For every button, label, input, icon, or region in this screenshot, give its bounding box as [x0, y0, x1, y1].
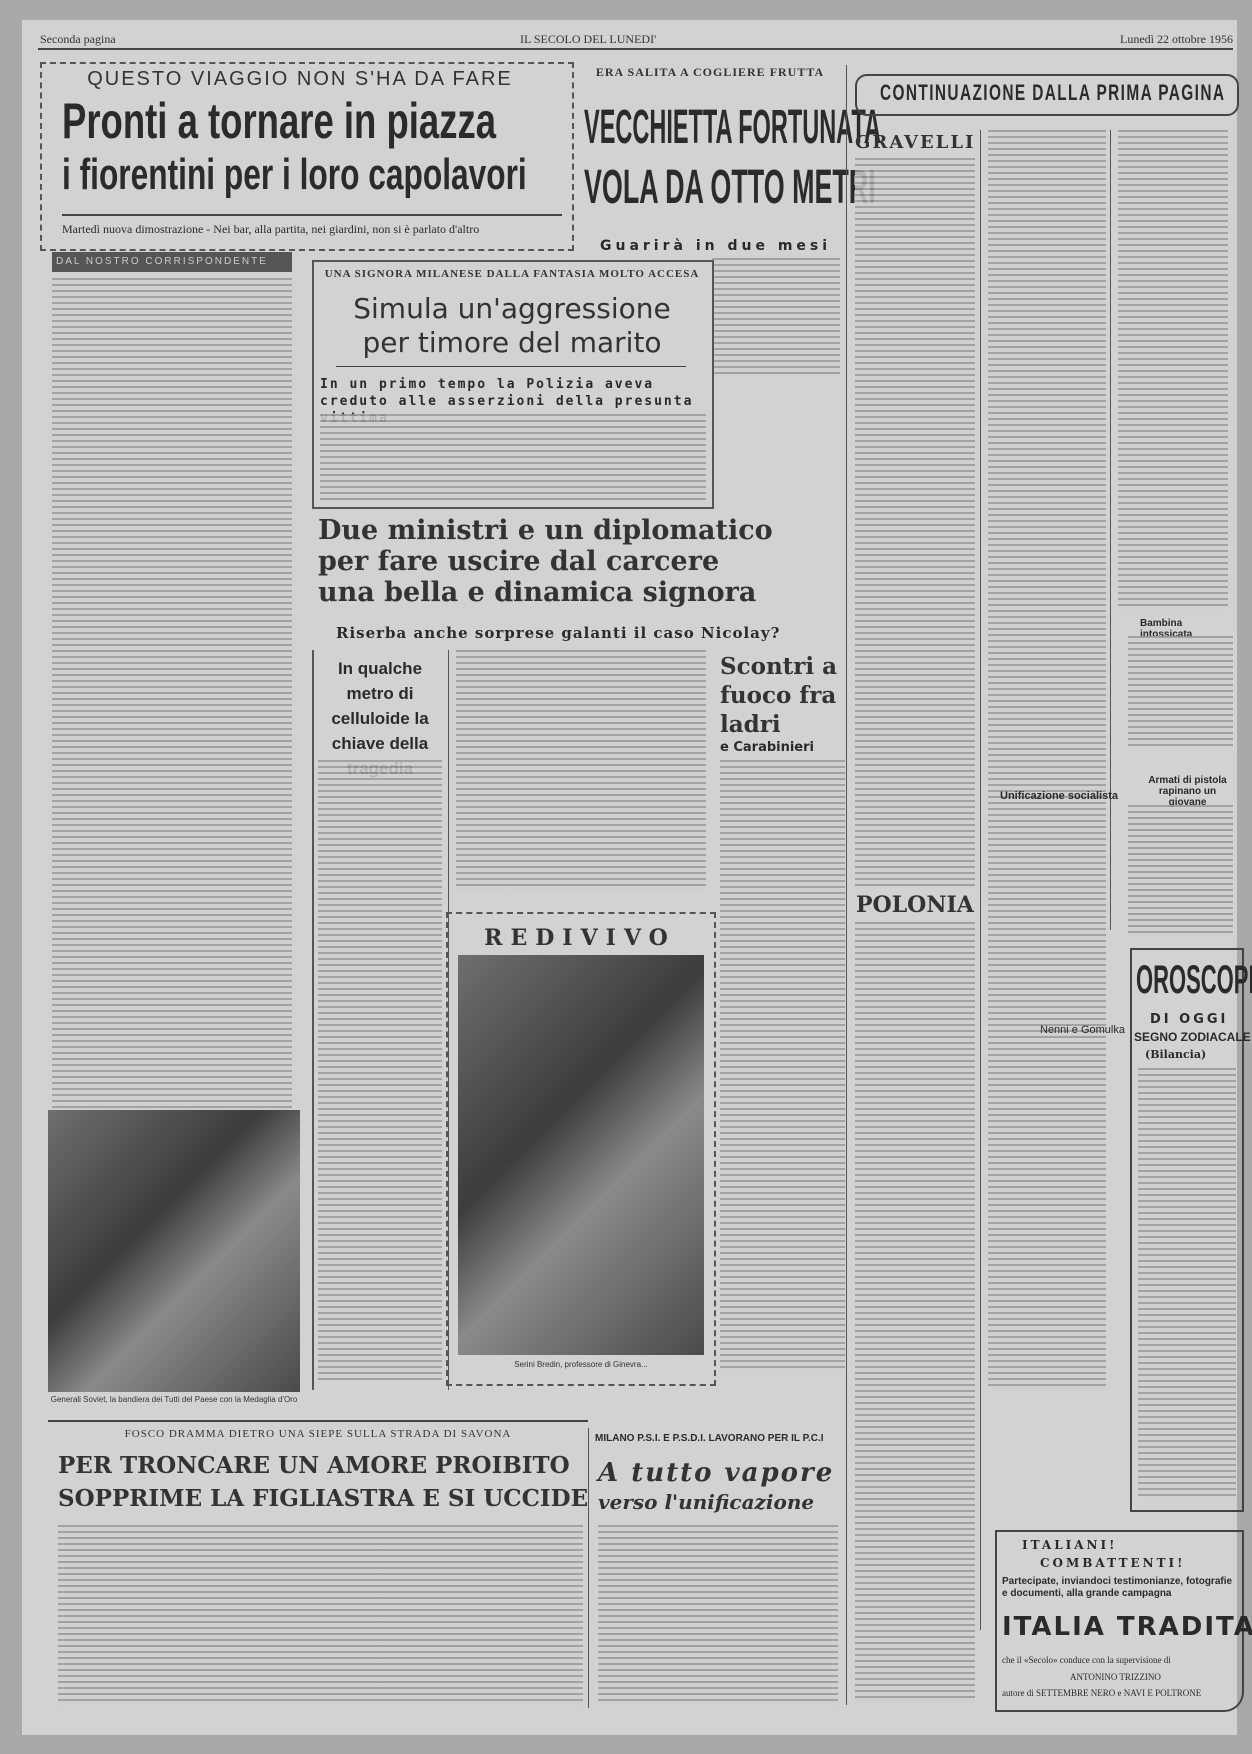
- vapore-headline-2: verso l'unificazione: [598, 1490, 814, 1514]
- ad-author-note: autore di SETTEMBRE NERO e NAVI E POLTRO…: [1002, 1688, 1201, 1698]
- vecchietta-kicker: ERA SALITA A COGLIERE FRUTTA: [580, 65, 840, 80]
- simula-headline-1: Simula un'aggressione: [316, 292, 708, 326]
- savona-kicker: FOSCO DRAMMA DIETRO UNA SIEPE SULLA STRA…: [48, 1428, 588, 1440]
- horoscope-sub-1: DI OGGI: [1150, 1012, 1228, 1027]
- vecchietta-deck: Guarirà in due mesi: [600, 238, 831, 254]
- nicolay-headline-3: una bella e dinamica signora: [318, 577, 838, 608]
- column-3-body-text: [1118, 130, 1228, 610]
- horoscope-title: OROSCOPI: [1136, 958, 1252, 1003]
- redivivo-photo: [458, 955, 704, 1355]
- redivivo-caption: Serini Bredin, professore di Ginevra...: [458, 1360, 704, 1369]
- ad-body: Partecipate, inviandoci testimonianze, f…: [1002, 1576, 1237, 1600]
- scontri-sub: e Carabinieri: [720, 740, 814, 755]
- subhead-unificazione: Unificazione socialista: [1000, 790, 1118, 802]
- running-head-right: Lunedì 22 ottobre 1956: [1120, 32, 1233, 47]
- vecchietta-body-text: [712, 258, 840, 376]
- savona-body-text: [58, 1525, 583, 1705]
- redivivo-headline: REDIVIVO: [446, 925, 714, 951]
- gravelli-body-text: [855, 158, 975, 888]
- polonia-body-text: [855, 922, 975, 1702]
- nicolay-body-text: [456, 650, 706, 890]
- florence-kicker: QUESTO VIAGGIO NON S'HA DA FARE: [50, 68, 550, 91]
- bambina-body-text: [1128, 636, 1233, 746]
- ad-author: ANTONINO TRIZZINO: [1070, 1672, 1161, 1682]
- header-rule: [38, 48, 1233, 50]
- savona-headline-2: SOPPRIME LA FIGLIASTRA E SI UCCIDE: [58, 1485, 588, 1512]
- vecchietta-headline-1: VECCHIETTA FORTUNATA: [584, 100, 881, 155]
- running-head-center: IL SECOLO DEL LUNEDI': [520, 32, 656, 47]
- left-photo-caption: Generali Soviet, la bandiera dei Tutti d…: [48, 1395, 300, 1404]
- horoscope-body-text: [1138, 1068, 1236, 1498]
- section-gravelli: GRAVELLI: [855, 132, 975, 153]
- ad-line-1: ITALIANI!: [1022, 1538, 1117, 1552]
- nicolay-deck: Riserba anche sorprese galanti il caso N…: [336, 624, 780, 642]
- subhead-nenni-gomulka: Nenni e Gomulka: [1040, 1024, 1125, 1036]
- armati-body-text: [1128, 805, 1233, 935]
- ad-title: ITALIA TRADITA: [1002, 1612, 1252, 1642]
- subhead-armati: Armati di pistola rapinano un giovane: [1140, 775, 1235, 808]
- celluloide-body-text: [318, 760, 442, 1380]
- nicolay-headline: Due ministri e un diplomatico per fare u…: [318, 515, 838, 608]
- simula-body-text: [320, 414, 706, 502]
- vecchietta-headline-2: VOLA DA OTTO METRI: [584, 160, 876, 215]
- running-head-left: Seconda pagina: [40, 32, 116, 47]
- ad-tail: che il «Secolo» conduce con la supervisi…: [1002, 1655, 1171, 1665]
- simula-headline-2: per timore del marito: [316, 326, 708, 360]
- continuation-banner-text: CONTINUAZIONE DALLA PRIMA PAGINA: [880, 80, 1225, 106]
- ad-line-2: COMBATTENTI!: [1040, 1556, 1185, 1570]
- simula-kicker: UNA SIGNORA MILANESE DALLA FANTASIA MOLT…: [316, 268, 708, 280]
- horoscope-sub-2: SEGNO ZODIACALE: [1134, 1030, 1251, 1044]
- nicolay-headline-1: Due ministri e un diplomatico: [318, 515, 838, 546]
- florence-byline: DAL NOSTRO CORRISPONDENTE: [52, 252, 292, 272]
- simula-headline: Simula un'aggressione per timore del mar…: [316, 292, 708, 360]
- scontri-headline: Scontri a fuoco fra ladri: [720, 652, 840, 739]
- vapore-body-text: [598, 1525, 838, 1705]
- vapore-kicker: MILANO P.S.I. E P.S.D.I. LAVORANO PER IL…: [595, 1433, 824, 1444]
- scontri-body-text: [720, 760, 845, 1370]
- left-photo: [48, 1110, 300, 1392]
- column-2-body-text: [988, 130, 1106, 1390]
- florence-deck: Martedì nuova dimostrazione - Nei bar, a…: [62, 222, 479, 237]
- florence-headline-2: i fiorentini per i loro capolavori: [62, 150, 527, 200]
- nicolay-headline-2: per fare uscire dal carcere: [318, 546, 838, 577]
- florence-headline-1: Pronti a tornare in piazza: [62, 92, 496, 150]
- vapore-headline-1: A tutto vapore: [598, 1458, 834, 1488]
- savona-headline-1: PER TRONCARE UN AMORE PROIBITO: [58, 1452, 570, 1479]
- horoscope-sub-3: (Bilancia): [1145, 1048, 1206, 1061]
- section-polonia: POLONIA: [856, 892, 974, 918]
